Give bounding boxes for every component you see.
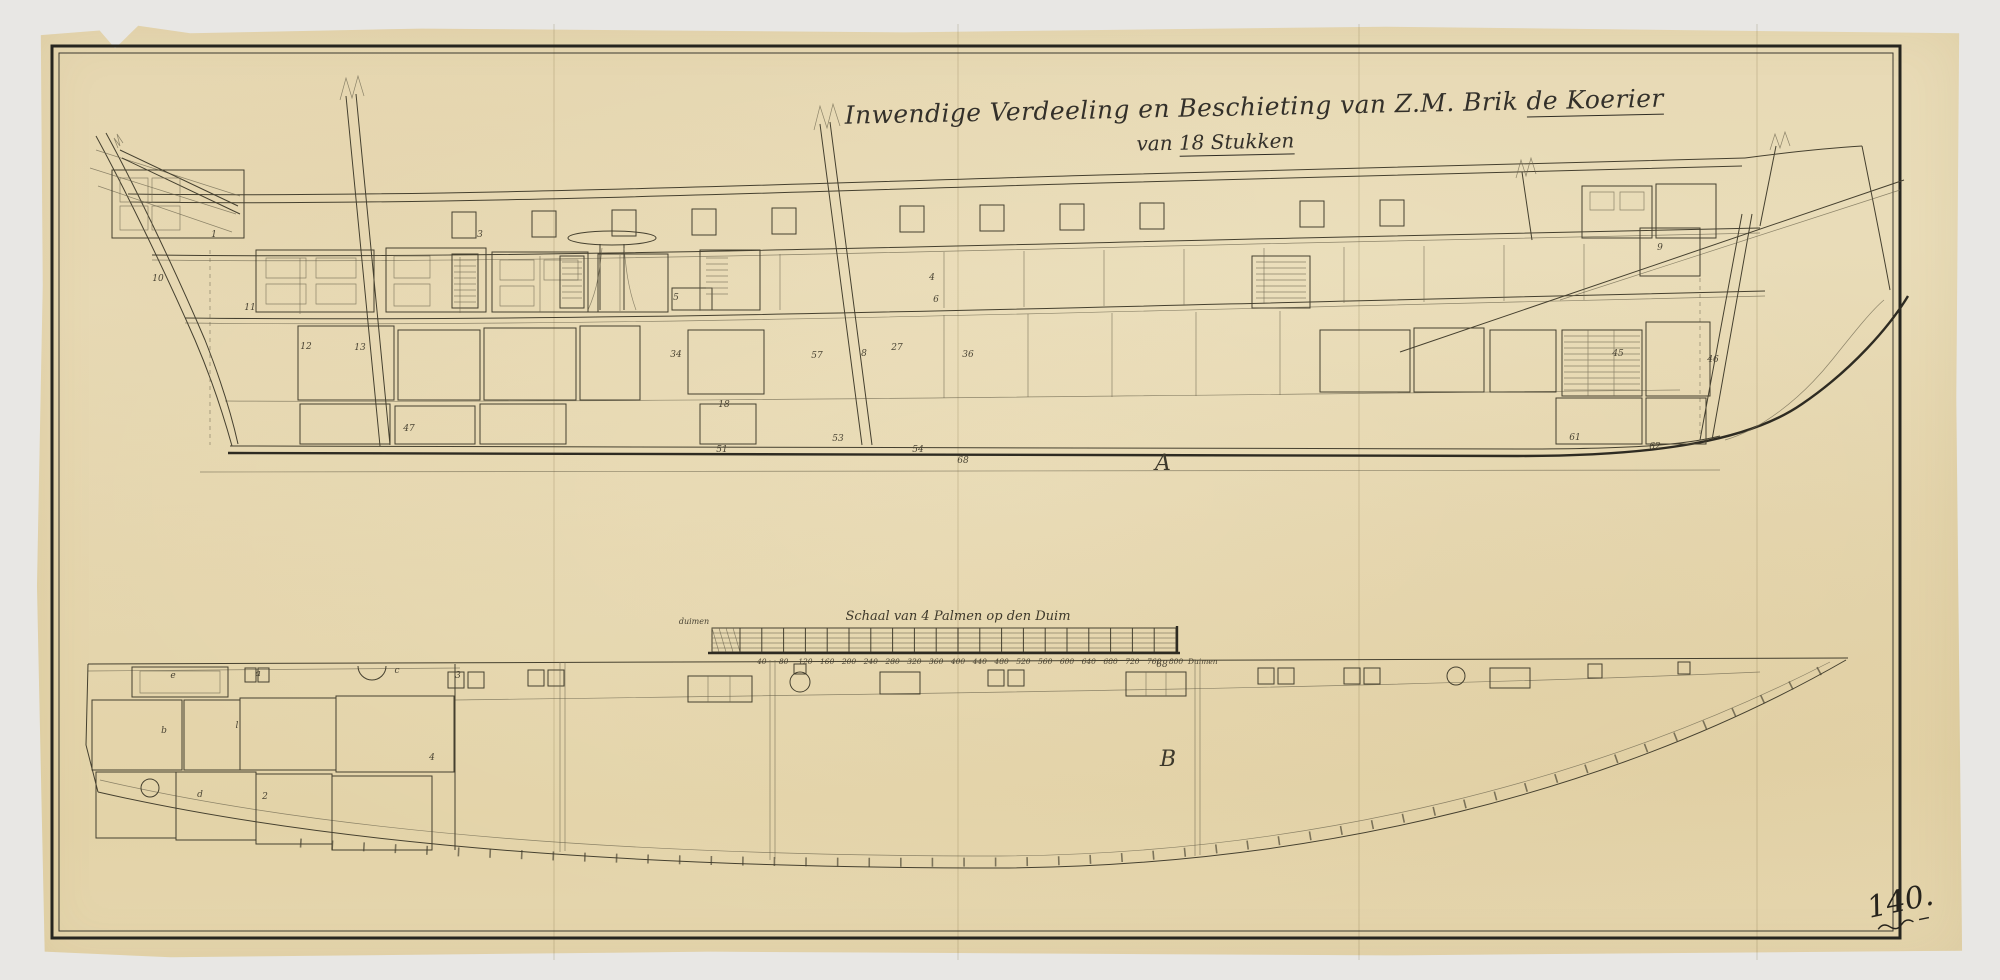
compartment-number: 9 — [1657, 243, 1663, 253]
compartment-number: 46 — [1706, 355, 1719, 365]
scale-bar-body — [712, 628, 1176, 652]
compartment-number: 53 — [832, 434, 844, 444]
capstan — [568, 231, 656, 312]
frame-border-outer — [52, 46, 1900, 938]
section-label-b: B — [1159, 747, 1176, 772]
mast-break-mark — [814, 104, 840, 130]
scanned-ship-plan: Schaal van 4 Palmen op den Duim duimen 4… — [0, 0, 2000, 980]
section-label-a: A — [1153, 451, 1171, 476]
compartment-number: 4 — [928, 273, 935, 283]
scale-tick-label: 560 — [1038, 657, 1053, 666]
title-guns-prefix: van — [1136, 131, 1179, 156]
gunports — [452, 200, 1404, 238]
scale-bar: Schaal van 4 Palmen op den Duim duimen 4… — [679, 609, 1218, 666]
compartment-number: 36 — [962, 350, 974, 360]
mast-break-mark — [1770, 132, 1790, 150]
compartment-number: 27 — [890, 343, 903, 353]
mast-break-mark — [340, 76, 364, 100]
compartment-letter: c — [394, 666, 399, 676]
compartment-number: 6 — [933, 295, 939, 305]
scale-tick-label: 480 — [993, 657, 1009, 666]
compartment-letter: d — [197, 790, 203, 800]
deck-stanchions — [300, 244, 1584, 398]
plan-compartments — [92, 664, 455, 850]
scale-tick-label: 600 — [1060, 657, 1075, 666]
compartment-number: 10 — [152, 274, 164, 284]
compartment-number: 47 — [402, 424, 415, 434]
plan-compartment-labels: eabld2c3468 — [161, 660, 1168, 802]
scale-tick-label: 720 — [1125, 657, 1140, 666]
mast-break-mark — [1516, 158, 1536, 178]
compartment-number: 54 — [912, 445, 924, 455]
compartment-number: 51 — [716, 445, 727, 455]
scale-bar-title: Schaal van 4 Palmen op den Duim — [845, 609, 1070, 624]
compartment-number: 34 — [670, 350, 682, 360]
hull-outline — [90, 133, 1908, 472]
scale-tick-label: 640 — [1082, 657, 1097, 666]
scale-bar-heavy-edge — [708, 626, 1180, 653]
compartment-number: 5 — [673, 293, 679, 303]
compartment-letter: 3 — [455, 671, 461, 681]
compartment-letter: 2 — [261, 792, 268, 802]
compartment-number: 12 — [300, 342, 312, 352]
title-ship-name: de Koerier — [1526, 84, 1664, 118]
compartment-number: 8 — [861, 349, 867, 359]
scale-bar-transversal — [712, 628, 740, 652]
compartment-letter: 68 — [1156, 660, 1168, 670]
hold-compartments — [298, 322, 1710, 444]
scale-tick-label: 800 — [1169, 657, 1184, 666]
title-guns-count: 18 Stukken — [1179, 129, 1295, 157]
compartment-number: 18 — [718, 400, 730, 410]
deck-plan-drawing — [86, 658, 1848, 868]
compartment-number: 68 — [957, 456, 969, 466]
scale-bar-unit-left: duimen — [679, 617, 709, 626]
compartment-number: 61 — [1569, 433, 1580, 443]
compartment-letter: l — [236, 721, 239, 731]
scale-tick-label: 520 — [1016, 657, 1031, 666]
upper-deck-compartments — [256, 248, 1310, 312]
compartment-number: 3 — [477, 230, 483, 240]
plan-outline — [86, 658, 1848, 868]
mast-partner-arc — [358, 666, 386, 680]
scale-tick-label: 440 — [972, 657, 988, 666]
compartment-letter: 4 — [428, 753, 435, 763]
compartment-number: 11 — [244, 303, 255, 313]
compartment-letter: e — [170, 671, 175, 681]
scale-unit-suffix: Duimen — [1187, 657, 1218, 666]
compartment-number: 62 — [1649, 442, 1661, 452]
compartment-number: 1 — [211, 230, 217, 240]
scale-tick-label: 680 — [1103, 657, 1118, 666]
compartment-number: 13 — [354, 343, 366, 353]
compartment-number: 57 — [811, 351, 823, 361]
frame-border-inner — [59, 53, 1893, 931]
compartment-number: 45 — [1611, 349, 1624, 359]
compartment-letter: a — [255, 669, 260, 679]
plan-fittings — [358, 659, 1690, 860]
compartment-letter: b — [161, 726, 167, 736]
